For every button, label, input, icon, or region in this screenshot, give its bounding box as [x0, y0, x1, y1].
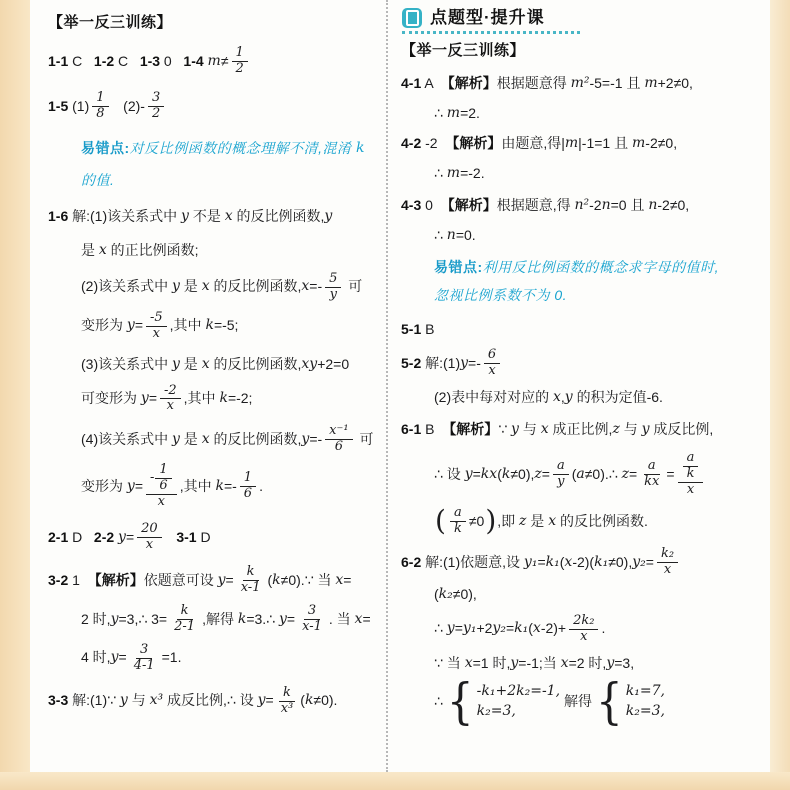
math-text: 1 — [159, 463, 167, 478]
math-text: 4-1 — [134, 659, 155, 674]
text: +2 — [476, 620, 492, 638]
text: = — [126, 529, 134, 547]
text: -2)( — [572, 554, 594, 572]
math-text: k — [454, 522, 462, 537]
text: =-1;当 — [518, 655, 560, 673]
math-text: m — [447, 165, 460, 183]
text: 利用反比例函数的概念求字母的值时, — [483, 259, 719, 277]
fraction: kx³ — [277, 686, 298, 717]
math-text: k — [356, 140, 365, 158]
math-text: 6 — [159, 479, 167, 494]
text: ∵ — [498, 421, 511, 439]
text: . — [259, 478, 263, 496]
text-line: ∴ m=-2. — [434, 160, 764, 186]
right-column: 点题型·提升课 【举一反三训练】4-1 A 【解析】根据题意得 m²-5=-1 … — [386, 0, 770, 772]
math-text: x — [225, 208, 233, 226]
text-line: 易错点:对反比例函数的概念理解不清,混淆 k — [81, 136, 380, 162]
text-line: (2)表中每对对应的 x,y 的积为定值-6. — [434, 385, 764, 411]
text: -5=-1 且 — [589, 75, 644, 93]
text: ∴ 设 — [434, 466, 465, 484]
text: (2)该关系式中 — [81, 278, 172, 296]
text-line: 4 时,y=34-1=1. — [81, 641, 380, 676]
text: = — [629, 466, 637, 484]
math-text: kx — [481, 466, 497, 484]
bold-label: 6-1 — [401, 421, 421, 439]
bold-label: 1-4 — [183, 53, 203, 71]
text: =2 时, — [569, 655, 607, 673]
math-text: z — [534, 466, 541, 484]
text-line: 2 时,y=3,∴ 3=k2-1,解得 k=3.∴ y=3x-1. 当 x= — [81, 602, 380, 637]
text: ∴ — [434, 227, 447, 245]
text: 忽视比例系数不为 0. — [434, 287, 567, 305]
math-text: 20 — [141, 522, 158, 537]
text-line: 可变形为 y=-2x,其中 k=-2; — [81, 382, 380, 417]
math-text: y — [460, 355, 468, 373]
math-text: x — [99, 242, 107, 260]
left-column: 【举一反三训练】1-1 C 1-2 C 1-3 0 1-4 m≠121-5 (1… — [30, 0, 386, 772]
math-text: y — [127, 478, 135, 496]
math-text: n — [648, 197, 657, 215]
big-paren: ) — [485, 507, 496, 535]
fraction: 16 — [240, 471, 256, 502]
fraction: akx — [678, 451, 704, 498]
math-text: y — [511, 421, 519, 439]
text: 的积为定值-6. — [573, 389, 663, 407]
math-text: y₁ — [463, 620, 477, 638]
math-text: 2k₂ — [573, 614, 594, 629]
text: -2≠0, — [657, 197, 689, 215]
fraction: -16x — [146, 463, 177, 510]
text-line: 的值. — [81, 168, 380, 194]
text: =0 且 — [611, 197, 649, 215]
math-text: kx — [644, 475, 659, 490]
math-text: y — [118, 529, 126, 547]
text: =-5; — [214, 317, 239, 335]
text: (2)- — [112, 98, 145, 116]
text: 成反比例,∴ 设 — [163, 692, 257, 710]
bold-label: 【解析】 — [441, 197, 497, 215]
fraction: 2k₂x — [569, 614, 598, 645]
math-text: x — [335, 572, 343, 590]
text: B — [421, 421, 442, 439]
text: ∴ — [434, 620, 447, 638]
text-line: 4-1 A 【解析】根据题意得 m²-5=-1 且 m+2≠0, — [401, 70, 764, 96]
text: ,即 — [497, 513, 519, 531]
text: C — [68, 53, 94, 71]
text-line: 变形为 y=-5x,其中 k=-5; — [81, 309, 380, 344]
math-text: n² — [574, 197, 589, 215]
math-text: m — [208, 53, 221, 71]
text: ,其中 — [170, 317, 206, 335]
math-text: y — [465, 466, 473, 484]
text-line: 【举一反三训练】 — [401, 38, 764, 64]
bold-label: 1-1 — [48, 53, 68, 71]
text: (4)该关系式中 — [81, 431, 172, 449]
math-text: k — [502, 466, 510, 484]
text-line: ∴{-k₁+2k₂=-1,k₂=3,解得{k₁=7,k₂=3, — [434, 681, 764, 723]
text: 变形为 — [81, 317, 127, 335]
text: ≠0), — [453, 586, 477, 604]
text: 成反比例, — [650, 421, 714, 439]
text-line: ∴ m=2. — [434, 100, 764, 126]
math-text: k — [247, 565, 255, 580]
text-line: 2-1 D 2-2 y=20x 3-1 D — [48, 520, 380, 555]
clipboard-icon — [402, 8, 422, 28]
text-line: 6-1 B 【解析】∵ y 与 x 成正比例,z 与 y 成反比例, — [401, 417, 764, 443]
text: 4 时, — [81, 649, 111, 667]
text: ≠ — [221, 53, 229, 71]
math-text: z — [612, 421, 619, 439]
math-text: y — [565, 389, 573, 407]
math-text: y — [172, 356, 180, 374]
bold-label: 3-3 — [48, 692, 68, 710]
math-text: x — [167, 399, 174, 414]
clipboard-icon-inner — [406, 10, 419, 26]
math-text: y₁ — [524, 554, 538, 572]
text-line: 【举一反三训练】 — [48, 10, 380, 36]
bold-label: 2-1 — [48, 529, 68, 547]
text: 是 — [180, 356, 202, 374]
math-text: x — [687, 483, 694, 498]
text-line: (4)该关系式中 y 是 x 的反比例函数,y=-x⁻¹6 可 — [81, 422, 380, 457]
math-text: a — [454, 506, 462, 521]
math-text: k₂ — [439, 586, 453, 604]
text: 可 — [356, 431, 374, 449]
math-text: y — [172, 431, 180, 449]
text: (3)该关系式中 — [81, 356, 172, 374]
text-line: 3-3 解:(1)∵ y 与 x³ 成反比例,∴ 设 y=kx³(k≠0). — [48, 684, 380, 719]
math-text: k — [181, 604, 189, 619]
section-title: 点题型·提升课 — [430, 7, 545, 28]
text-line: ∴ 设 y=kx(k≠0),z=ay(a≠0).∴ z=akx=akx — [434, 449, 764, 500]
math-text: 6 — [335, 440, 343, 455]
math-text: y — [172, 278, 180, 296]
right-column-lines: 【举一反三训练】4-1 A 【解析】根据题意得 m²-5=-1 且 m+2≠0,… — [401, 38, 764, 722]
section-header: 点题型·提升课 — [401, 4, 764, 30]
bold-label: 1-6 — [48, 208, 68, 226]
bold-label: 3-1 — [176, 529, 196, 547]
math-text: xy — [301, 356, 317, 374]
text: 解:(1)依题意,设 — [421, 554, 524, 572]
fraction: 6x — [484, 348, 500, 379]
text: A — [421, 75, 440, 93]
text: 的反比例函数, — [210, 278, 302, 296]
math-text: a — [648, 459, 656, 474]
text: = — [343, 572, 351, 590]
bold-label: 4-2 — [401, 135, 421, 153]
text-line: 是 x 的正比例函数; — [81, 238, 380, 264]
text: 1 — [68, 572, 87, 590]
text: 成正比例, — [549, 421, 613, 439]
math-text: z — [519, 513, 526, 531]
math-text: y — [324, 208, 332, 226]
text: = — [266, 692, 274, 710]
math-text: 2 — [152, 107, 160, 122]
bold-label: 【解析】 — [88, 572, 144, 590]
fraction: 20x — [137, 522, 162, 553]
text: =3,∴ 3= — [119, 611, 168, 629]
text: ≠0), — [510, 466, 534, 484]
fraction: ak — [450, 506, 466, 537]
math-text: x — [202, 278, 210, 296]
text: =2. — [460, 105, 480, 123]
text-line: 1-5 (1)18 (2)-32 — [48, 89, 380, 124]
math-text: a — [557, 459, 565, 474]
math-text: y — [120, 692, 128, 710]
text: = — [119, 649, 127, 667]
math-text: x — [564, 554, 572, 572]
text: 解:(1)该关系式中 — [68, 208, 181, 226]
text: +2≠0, — [658, 75, 693, 93]
text-line: 1-1 C 1-2 C 1-3 0 1-4 m≠12 — [48, 44, 380, 79]
fraction: 3x-1 — [298, 604, 326, 635]
fraction: 34-1 — [130, 643, 159, 674]
bold-label: 易错点: — [81, 140, 130, 158]
text-line: 易错点:利用反比例函数的概念求字母的值时, — [434, 254, 764, 280]
math-text: 2-1 — [174, 620, 195, 635]
text: C — [114, 53, 140, 71]
text-line: 1-6 解:(1)该关系式中 y 不是 x 的反比例函数,y — [48, 204, 380, 230]
text: =1. — [162, 649, 182, 667]
text-line: ∴ y=y₁+2y₂=k₁(x-2)+2k₂x. — [434, 612, 764, 647]
text-line: (2)该关系式中 y 是 x 的反比例函数,x=-5y 可 — [81, 270, 380, 305]
math-text: y — [127, 317, 135, 335]
text: - — [150, 471, 154, 486]
text: = — [666, 466, 674, 484]
bold-label: 5-2 — [401, 355, 421, 373]
math-text: 1 — [96, 91, 104, 106]
brace-icon: { — [447, 677, 474, 725]
text: ,其中 — [184, 390, 220, 408]
text: D — [197, 529, 211, 547]
text: = — [135, 317, 143, 335]
math-text: y — [447, 620, 455, 638]
math-text: k₁ — [594, 554, 608, 572]
text: 的正比例函数; — [107, 242, 199, 260]
math-text: y — [642, 421, 650, 439]
math-text: k — [238, 611, 246, 629]
bold-label: 【解析】 — [442, 421, 498, 439]
math-text: y — [606, 655, 614, 673]
math-text: 3 — [140, 643, 148, 658]
text: ,解得 — [202, 611, 238, 629]
math-text: x — [561, 655, 569, 673]
math-text: 5 — [329, 272, 337, 287]
text: -2 — [589, 197, 601, 215]
text: 的反比例函数, — [210, 356, 302, 374]
math-text: y — [279, 611, 287, 629]
fraction: 18 — [92, 91, 108, 122]
fraction: -2x — [160, 384, 181, 415]
math-text: z — [622, 466, 629, 484]
bold-label: 【举一反三训练】 — [401, 42, 525, 61]
text: = — [473, 466, 481, 484]
math-text: x — [548, 513, 556, 531]
math-text: m — [447, 105, 460, 123]
text: 是 — [180, 431, 202, 449]
math-text: x — [153, 327, 160, 342]
text: 是 — [81, 242, 99, 260]
fraction: -5x — [146, 311, 167, 342]
math-text: m — [565, 135, 578, 153]
math-text: y — [330, 288, 337, 303]
text: ≠0). — [313, 692, 337, 710]
math-text: y — [111, 611, 119, 629]
header-underline — [402, 31, 580, 34]
text: 由题意,得| — [501, 135, 565, 153]
bold-label: 5-1 — [401, 321, 421, 339]
math-text: y — [181, 208, 189, 226]
fraction: k₂x — [657, 547, 678, 578]
text-line: 4-3 0 【解析】根据题意,得 n²-2n=0 且 n-2≠0, — [401, 192, 764, 218]
text: 是 — [180, 278, 202, 296]
text: 可 — [344, 278, 362, 296]
text: = — [226, 572, 234, 590]
page-content: 【举一反三训练】1-1 C 1-2 C 1-3 0 1-4 m≠121-5 (1… — [30, 0, 770, 772]
page-edge-left — [0, 0, 30, 790]
text: 与 — [128, 692, 150, 710]
text: ≠0 — [469, 513, 484, 531]
math-text: m² — [571, 75, 590, 93]
text: 可变形为 — [81, 390, 141, 408]
math-text: 1 — [236, 46, 244, 61]
math-text: x — [355, 611, 363, 629]
text: |-1=1 且 — [578, 135, 632, 153]
bold-label: 【举一反三训练】 — [48, 14, 172, 33]
math-text: y — [258, 692, 266, 710]
math-text: x — [541, 421, 549, 439]
text-line: (3)该关系式中 y 是 x 的反比例函数,xy+2=0 — [81, 352, 380, 378]
text: = — [542, 466, 550, 484]
text: =- — [468, 355, 481, 373]
fraction: k2-1 — [170, 604, 199, 635]
math-text: x-1 — [241, 581, 261, 596]
fraction: 32 — [148, 91, 164, 122]
text: = — [455, 620, 463, 638]
text: 2 时, — [81, 611, 111, 629]
math-text: y — [218, 572, 226, 590]
text: 0 — [160, 53, 183, 71]
math-text: y — [510, 655, 518, 673]
math-text: k — [215, 478, 223, 496]
math-text: x — [202, 356, 210, 374]
fraction: ak — [683, 451, 699, 482]
math-text: n — [447, 227, 456, 245]
bold-label: 6-2 — [401, 554, 421, 572]
text: 不是 — [189, 208, 225, 226]
math-text: 3 — [152, 91, 160, 106]
math-text: k — [205, 317, 213, 335]
math-text: x — [533, 620, 541, 638]
math-text: a — [687, 451, 695, 466]
text-line: (k₂≠0), — [434, 582, 764, 608]
text: -2≠0, — [645, 135, 677, 153]
math-text: 6 — [244, 487, 252, 502]
text: B — [421, 321, 434, 339]
math-text: -2 — [164, 384, 177, 399]
bold-label: 易错点: — [434, 259, 483, 277]
text: =- — [309, 278, 322, 296]
text: = — [287, 611, 295, 629]
text: ∴ — [434, 693, 443, 711]
text: 依题意可设 — [144, 572, 218, 590]
math-text: k₂ — [661, 547, 674, 562]
text: =-2. — [460, 165, 485, 183]
math-text: x⁻¹ — [329, 424, 348, 439]
bold-label: 1-3 — [140, 53, 160, 71]
bold-label: 4-1 — [401, 75, 421, 93]
text: 的反比例函数, — [210, 431, 302, 449]
math-text: k — [283, 686, 291, 701]
math-text: -5 — [150, 311, 163, 326]
text: =0. — [456, 227, 476, 245]
text: =- — [224, 478, 237, 496]
math-text: x — [202, 431, 210, 449]
text: . — [601, 620, 605, 638]
text: -2 — [421, 135, 445, 153]
text — [165, 529, 177, 547]
math-text: y₂ — [632, 554, 646, 572]
math-text: y — [557, 475, 564, 490]
text: 解:(1) — [421, 355, 460, 373]
fraction: 5y — [325, 272, 341, 303]
fraction: akx — [640, 459, 663, 490]
bold-label: 【解析】 — [441, 75, 497, 93]
math-text: m — [632, 135, 645, 153]
math-text: y — [111, 649, 119, 667]
text: =3, — [614, 655, 634, 673]
text-line: 5-2 解:(1)y=-6x — [401, 346, 764, 381]
big-paren: ( — [435, 507, 446, 535]
text: 是 — [526, 513, 548, 531]
math-text: x — [580, 630, 587, 645]
math-text: m — [644, 75, 657, 93]
math-text: k — [219, 390, 227, 408]
math-text: x — [158, 495, 165, 510]
text: =1 时, — [473, 655, 511, 673]
math-text: x — [301, 278, 309, 296]
text: 解:(1)∵ — [68, 692, 120, 710]
text: ,其中 — [180, 478, 216, 496]
bold-label: 1-2 — [94, 53, 114, 71]
text: 的值. — [81, 172, 114, 190]
text: (2)表中每对对应的 — [434, 389, 553, 407]
math-text: x³ — [150, 692, 164, 710]
bold-label: 1-5 — [48, 98, 68, 116]
math-text: x — [465, 655, 473, 673]
text: 变形为 — [81, 478, 127, 496]
math-text: x-1 — [302, 620, 322, 635]
bold-label: 2-2 — [94, 529, 114, 547]
math-text: 3 — [308, 604, 316, 619]
text: 与 — [620, 421, 642, 439]
text-line: 4-2 -2 【解析】由题意,得|m|-1=1 且 m-2≠0, — [401, 130, 764, 156]
math-text: x — [553, 389, 561, 407]
text: = — [362, 611, 370, 629]
text: 0 — [421, 197, 440, 215]
math-text: x — [664, 563, 671, 578]
text: 的反比例函数. — [556, 513, 648, 531]
math-text: a — [576, 466, 584, 484]
text: 解得 — [564, 693, 592, 711]
math-text: y — [301, 431, 309, 449]
text-line: (ak≠0),即 z 是 x 的反比例函数. — [434, 504, 764, 539]
page-edge-bottom — [0, 772, 790, 790]
fraction: 16 — [155, 463, 171, 494]
bold-label: 4-3 — [401, 197, 421, 215]
text-line: ∴ n=0. — [434, 222, 764, 248]
text: ∵ 当 — [434, 655, 465, 673]
